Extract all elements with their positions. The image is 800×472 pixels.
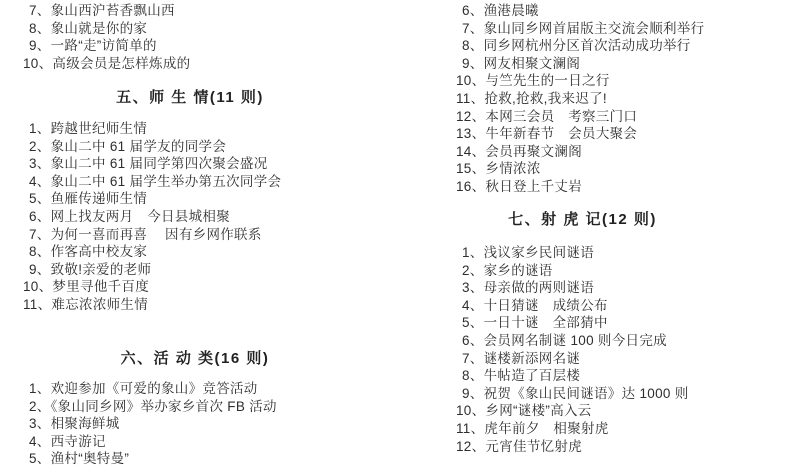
section6-continued-items-list: 6、渔港晨曦 7、象山同乡网首届版主交流会顺利举行 8、同乡网杭州分区首次活动成… — [462, 2, 704, 196]
toc-item: 8、同乡网杭州分区首次活动成功举行 — [462, 37, 704, 55]
toc-item: 7、为何一喜而再喜 因有乡网作联系 — [29, 226, 281, 244]
toc-item: 16、秋日登上千丈岩 — [456, 178, 704, 196]
toc-item: 11、抢救,抢救,我来迟了! — [456, 90, 704, 108]
toc-item: 6、网上找友两月 今日县城相聚 — [29, 208, 281, 226]
section7-heading: 七、射 虎 记(12 则) — [455, 208, 710, 229]
toc-item: 4、十日猜谜 成绩公布 — [462, 297, 689, 315]
toc-item: 3、相聚海鲜城 — [29, 415, 277, 433]
toc-item: 3、母亲做的两则谜语 — [462, 279, 689, 297]
section6-heading: 六、活 动 类(16 则) — [10, 347, 380, 368]
toc-item: 9、网友相聚文澜阁 — [462, 55, 704, 73]
section5-items-list: 1、跨越世纪师生情 2、象山二中 61 届学友的同学会 3、象山二中 61 届同… — [29, 120, 281, 314]
toc-item: 10、梦里寻他千百度 — [23, 278, 281, 296]
toc-item: 10、乡网“谜楼”高入云 — [456, 402, 689, 420]
section7-items-list: 1、浅议家乡民间谜语 2、家乡的谜语 3、母亲做的两则谜语 4、十日猜谜 成绩公… — [462, 244, 689, 455]
toc-item: 11、难忘浓浓师生情 — [23, 296, 281, 314]
section5-heading: 五、师 生 情(11 则) — [10, 86, 370, 107]
toc-item: 10、与竺先生的一日之行 — [456, 72, 704, 90]
toc-item: 11、虎年前夕 相聚射虎 — [456, 420, 689, 438]
toc-item: 8、作客高中校友家 — [29, 243, 281, 261]
toc-item: 7、谜楼新添网名谜 — [462, 350, 689, 368]
toc-item: 2、家乡的谜语 — [462, 262, 689, 280]
toc-item: 5、一日十谜 全部猜中 — [462, 314, 689, 332]
toc-item: 1、欢迎参加《可爱的象山》竞答活动 — [29, 380, 277, 398]
toc-item: 2、《象山同乡网》举办家乡首次 FB 活动 — [29, 398, 277, 416]
toc-item: 3、象山二中 61 届同学第四次聚会盛况 — [29, 155, 281, 173]
toc-item: 2、象山二中 61 届学友的同学会 — [29, 138, 281, 156]
toc-item: 15、乡情浓浓 — [456, 160, 704, 178]
toc-item: 13、牛年新春节 会员大聚会 — [456, 125, 704, 143]
toc-item: 4、西寺游记 — [29, 433, 277, 451]
toc-item: 1、跨越世纪师生情 — [29, 120, 281, 138]
toc-item: 9、祝贺《象山民间谜语》达 1000 则 — [462, 385, 689, 403]
toc-item: 5、渔村“奥特曼” — [29, 450, 277, 468]
toc-item: 1、浅议家乡民间谜语 — [462, 244, 689, 262]
toc-item: 9、致敬!亲爱的老师 — [29, 261, 281, 279]
toc-item: 12、本网三会员 考察三门口 — [456, 108, 704, 126]
toc-item: 8、象山就是你的家 — [29, 20, 190, 38]
toc-item: 4、象山二中 61 届学生举办第五次同学会 — [29, 173, 281, 191]
toc-item: 7、象山同乡网首届版主交流会顺利举行 — [462, 20, 704, 38]
toc-item: 9、一路“走”访简单的 — [29, 37, 190, 55]
toc-item: 6、渔港晨曦 — [462, 2, 704, 20]
toc-item: 14、会员再聚文澜阁 — [456, 143, 704, 161]
prev-section-items-list: 7、象山西沪苔香飘山西 8、象山就是你的家 9、一路“走”访简单的 10、高级会… — [29, 2, 190, 72]
toc-item: 7、象山西沪苔香飘山西 — [29, 2, 190, 20]
toc-item: 10、高级会员是怎样炼成的 — [23, 55, 190, 73]
toc-item: 5、鱼雁传递师生情 — [29, 190, 281, 208]
section6-items-list: 1、欢迎参加《可爱的象山》竞答活动 2、《象山同乡网》举办家乡首次 FB 活动 … — [29, 380, 277, 468]
toc-item: 6、会员网名制谜 100 则今日完成 — [462, 332, 689, 350]
toc-item: 8、牛帖造了百层楼 — [462, 367, 689, 385]
document-page: 7、象山西沪苔香飘山西 8、象山就是你的家 9、一路“走”访简单的 10、高级会… — [0, 0, 800, 472]
toc-item: 12、元宵佳节忆射虎 — [456, 438, 689, 456]
